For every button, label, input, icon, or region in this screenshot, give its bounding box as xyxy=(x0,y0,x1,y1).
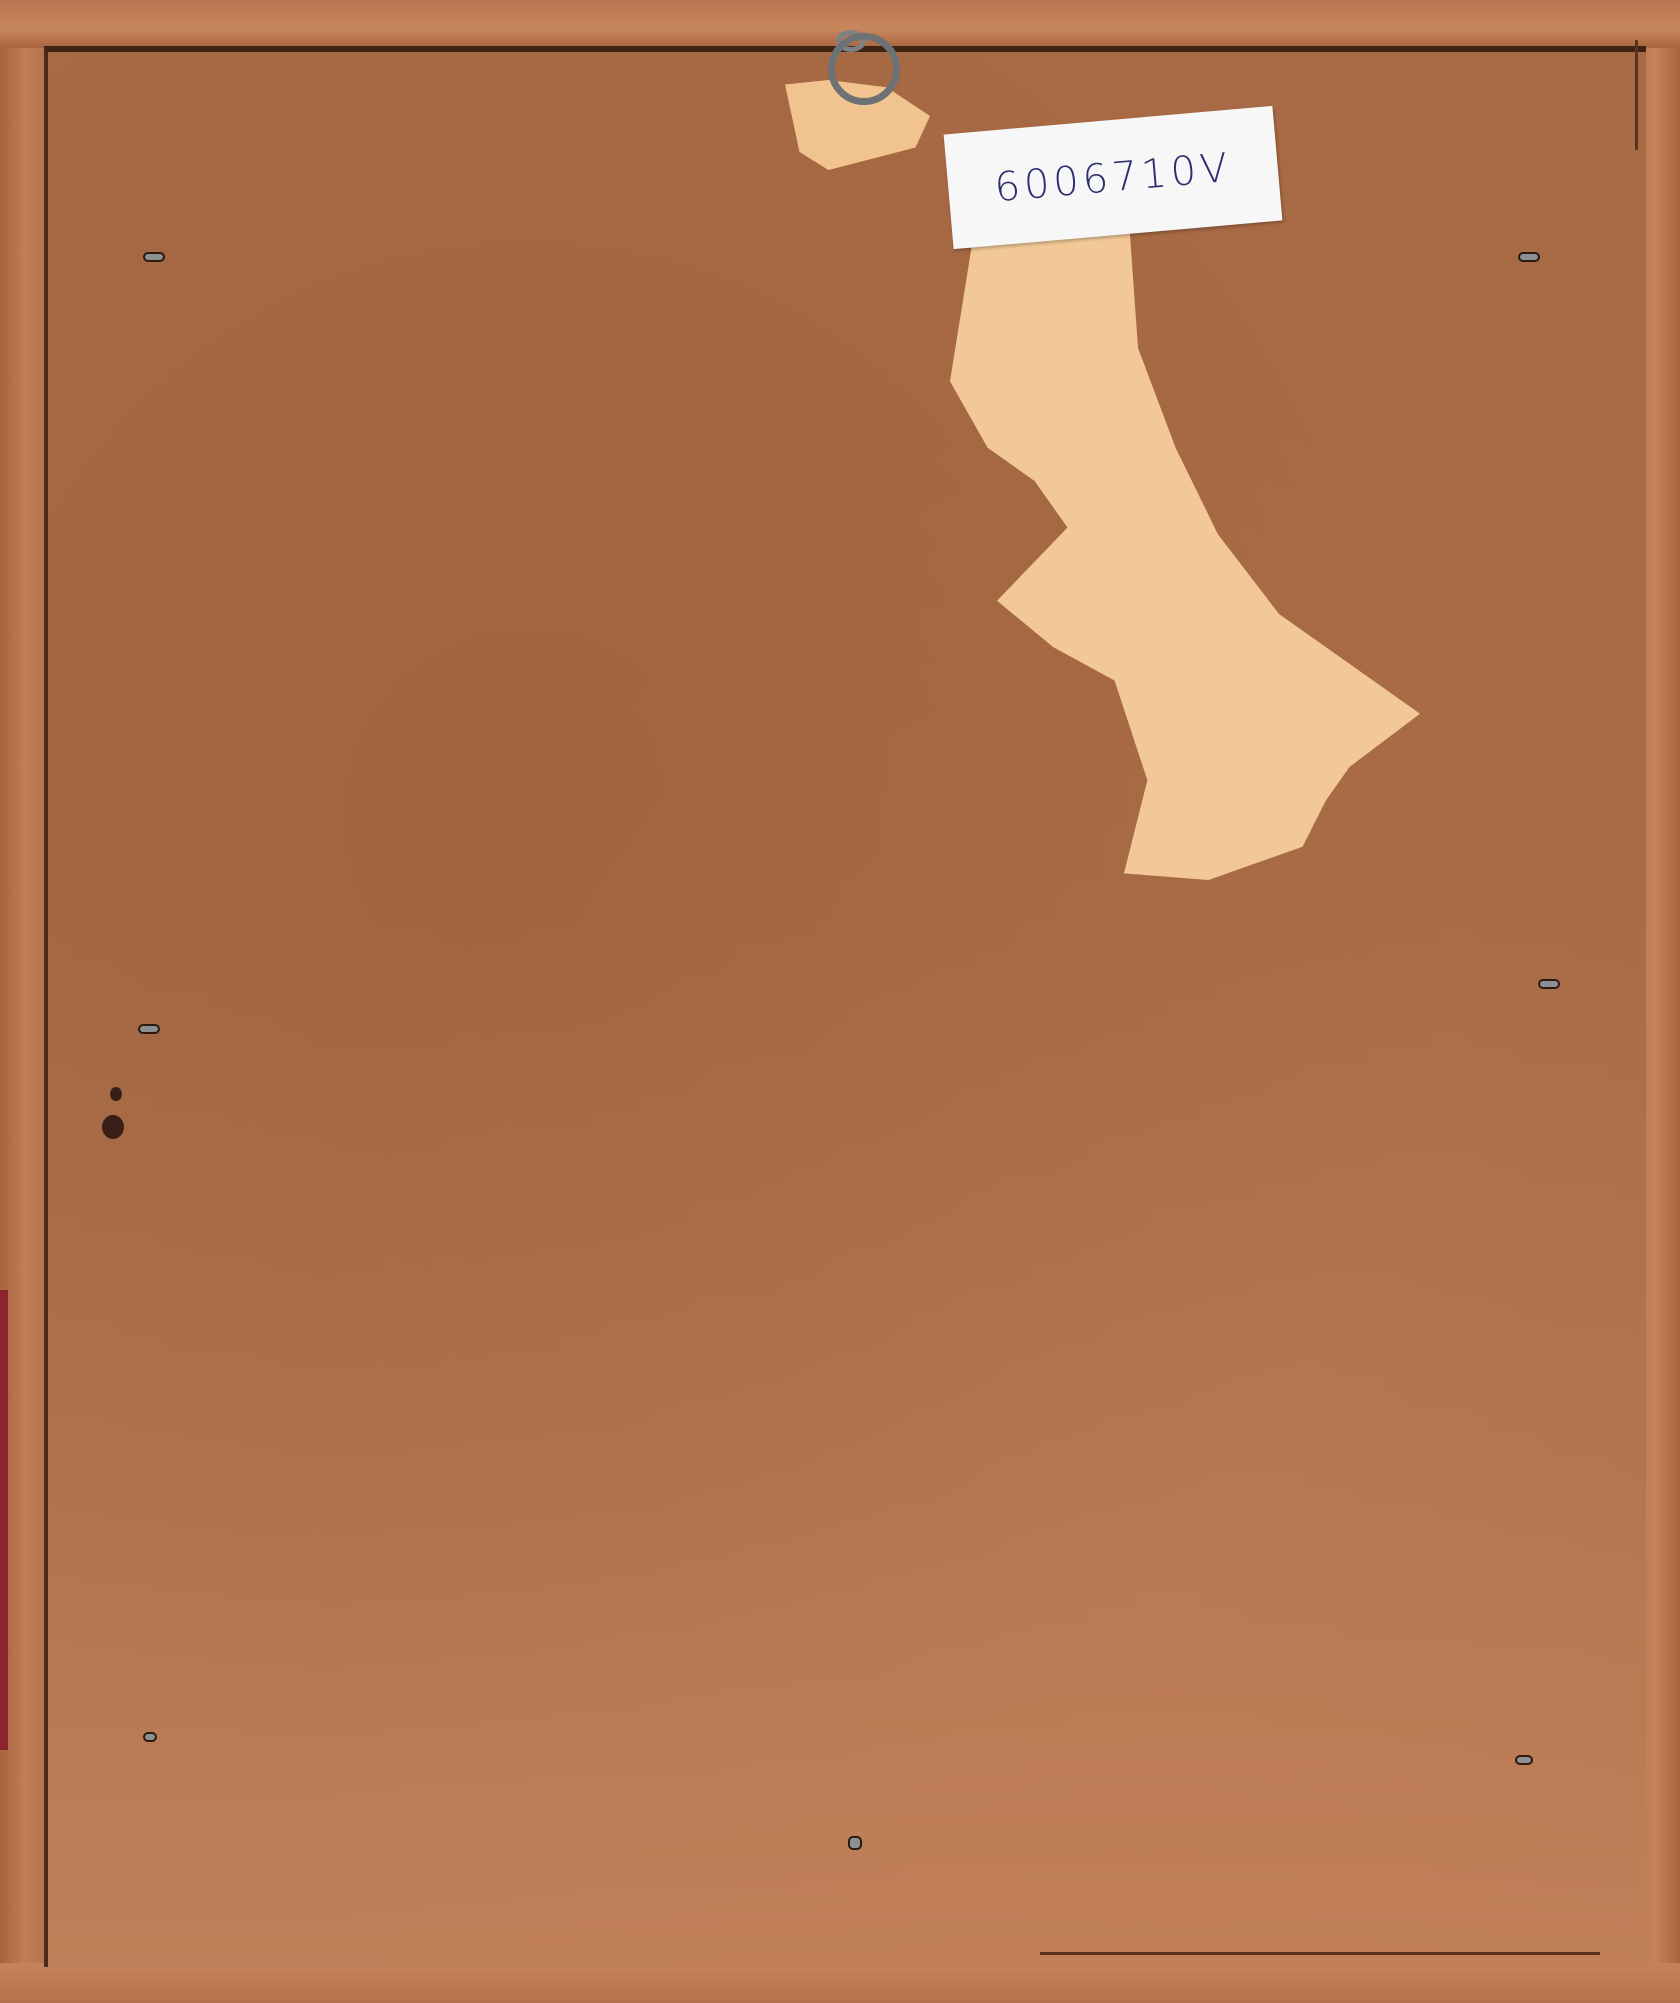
hanging-ring-icon xyxy=(828,33,900,105)
nail-icon xyxy=(1538,979,1560,989)
nail-icon xyxy=(848,1836,862,1850)
inventory-number: 6006710V xyxy=(993,144,1234,211)
nail-icon xyxy=(143,252,165,262)
nail-icon xyxy=(1518,252,1540,262)
ink-stain xyxy=(102,1115,124,1139)
frame-bottom-rail xyxy=(0,1963,1680,2003)
ink-stain xyxy=(110,1087,122,1101)
nail-icon xyxy=(138,1024,160,1034)
nail-icon xyxy=(1515,1755,1533,1765)
nail-icon xyxy=(143,1732,157,1742)
paper-crack xyxy=(1635,40,1638,150)
backing-paper xyxy=(44,46,1646,1967)
frame-red-edge xyxy=(0,1290,8,1750)
paper-crack xyxy=(1040,1952,1600,1955)
